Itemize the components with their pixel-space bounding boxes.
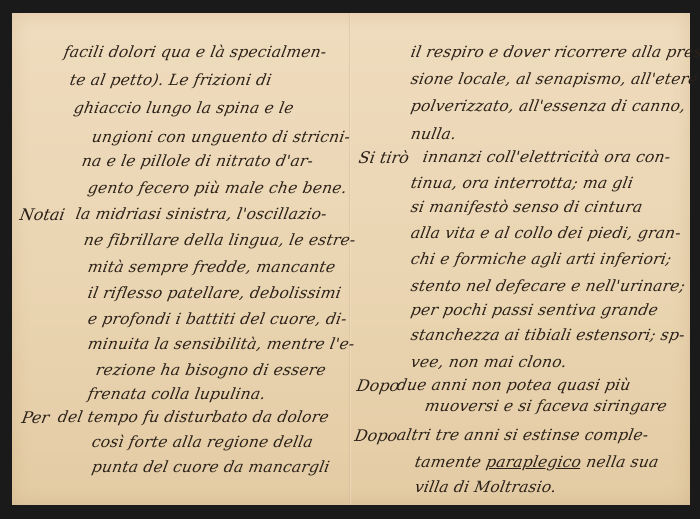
margin-note: Per <box>20 408 51 427</box>
text-line: sione locale, al senapismo, all'etere <box>409 70 699 88</box>
text-line: chi e formiche agli arti inferiori; <box>409 250 673 268</box>
text-line: del tempo fu disturbato da dolore <box>56 408 330 426</box>
text-line: per pochi passi sentiva grande <box>409 301 659 319</box>
text-line: facili dolori qua e là specialmen- <box>62 43 328 61</box>
letter-sheet: facili dolori qua e là specialmen- te al… <box>12 13 690 505</box>
text-line: rezione ha bisogno di essere <box>94 361 327 379</box>
text-line: altri tre anni si estinse comple- <box>395 426 650 444</box>
text-line: così forte alla regione della <box>90 433 314 451</box>
text-line: na e le pillole di nitrato d'ar- <box>80 152 314 170</box>
text-line: due anni non potea quasi più <box>395 376 632 394</box>
text-line: tamente paraplegico nella sua <box>413 453 660 471</box>
text-line: innanzi coll'elettricità ora con- <box>421 148 671 166</box>
text-line: tinua, ora interrotta; ma gli <box>409 174 634 192</box>
text-line: si manifestò senso di cintura <box>409 198 644 216</box>
text-line: te al petto). Le frizioni di <box>68 71 273 89</box>
text-line: gento fecero più male che bene. <box>86 179 348 197</box>
text-line: polverizzato, all'essenza di canno, <box>409 97 687 115</box>
text-line: vee, non mai clono. <box>409 353 568 371</box>
margin-note: Dopo <box>355 376 401 395</box>
text-line: punta del cuore da mancargli <box>90 458 331 476</box>
left-page: facili dolori qua e là specialmen- te al… <box>12 13 349 505</box>
underlined-word: paraplegico <box>485 453 583 471</box>
text-line: stanchezza ai tibiali estensori; sp- <box>409 326 686 344</box>
text-line: nulla. <box>409 125 457 143</box>
text-line: il respiro e dover ricorrere alla pres- <box>409 43 700 61</box>
text-line: mità sempre fredde, mancante <box>86 258 337 276</box>
text-line: ungioni con unguento di stricni- <box>90 128 351 146</box>
right-page: il respiro e dover ricorrere alla pres- … <box>351 13 690 505</box>
text-line: frenata colla lupulina. <box>86 385 267 403</box>
text-line: il riflesso patellare, debolissimi <box>86 284 342 302</box>
margin-note: Si tirò <box>357 148 410 167</box>
text-line: ghiaccio lungo la spina e le <box>72 99 295 117</box>
text-line: alla vita e al collo dei piedi, gran- <box>409 224 682 242</box>
text-line: villa di Moltrasio. <box>413 478 558 496</box>
text-line: e profondi i battiti del cuore, di- <box>86 310 348 328</box>
text-line: minuita la sensibilità, mentre l'e- <box>86 335 356 353</box>
text-line: la midriasi sinistra, l'oscillazio- <box>74 205 328 223</box>
text-line: muoversi e si faceva siringare <box>423 397 668 415</box>
margin-note: Dopo <box>353 426 399 445</box>
text-line: ne fibrillare della lingua, le estre- <box>82 231 357 249</box>
margin-note: Notai <box>18 205 66 224</box>
text-line: stento nel defecare e nell'urinare; <box>409 277 686 295</box>
